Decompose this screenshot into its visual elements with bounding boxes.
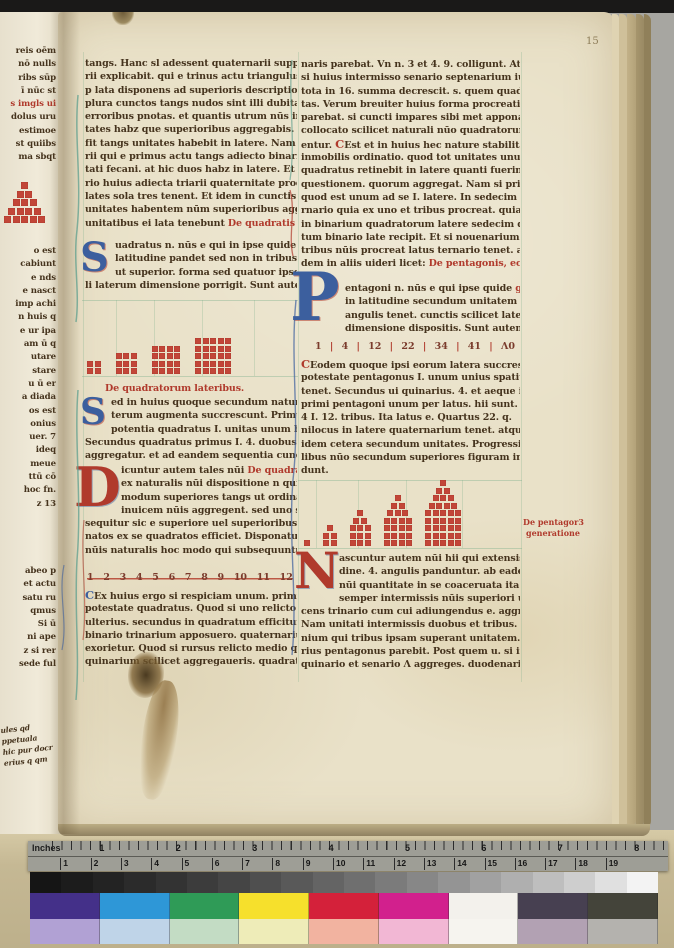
red-square-dot [433, 533, 439, 539]
red-square-dot [433, 510, 439, 516]
red-square-dot [448, 510, 454, 516]
red-square-dot [203, 346, 209, 352]
red-square-dot [455, 540, 461, 546]
sequence-number: 41 [468, 341, 481, 355]
inch-number: 1 [99, 843, 104, 853]
manuscript-line: hoc fn. [0, 484, 56, 497]
manuscript-line: e nds [0, 272, 56, 285]
sequence-number: 8 [201, 572, 208, 586]
calibration-patch [627, 872, 658, 893]
cm-number: 11 [363, 858, 375, 870]
manuscript-line: ī nūc st [0, 85, 56, 98]
manuscript-line: nium qui tribus ipsam superant unitatem.… [301, 632, 520, 645]
red-square-dot [225, 353, 231, 359]
red-square-dot [218, 353, 224, 359]
red-square-dot [451, 503, 457, 509]
red-square-dot [30, 216, 37, 223]
manuscript-line: exorietur. Quod si rursus relicto medio … [85, 642, 297, 655]
manuscript-line: rius pentagonus parebit. Post quem u. si… [301, 645, 520, 658]
manuscript-line: li laterum dimensione porrigit. Sunt aut… [85, 279, 297, 292]
ruling-line [82, 300, 298, 301]
red-square-dot [203, 368, 209, 374]
manuscript-line: e ur ipa [0, 325, 56, 338]
calibration-patch [100, 893, 170, 919]
manuscript-line: onius [0, 418, 56, 431]
red-square-dot [357, 525, 363, 531]
red-square-dot [455, 533, 461, 539]
quadrate-numbers-paragraph: uadratus n. nūs e qui in ipse quide nume… [85, 239, 297, 292]
red-square-dot [210, 353, 216, 359]
red-square-dot [218, 338, 224, 344]
red-square-dot [455, 510, 461, 516]
red-square-dot [210, 361, 216, 367]
manuscript-line: ribs sūp [0, 72, 56, 85]
dot-diagram-4 [87, 361, 101, 375]
calibration-patch [375, 872, 406, 893]
inch-number: 2 [176, 843, 181, 853]
manuscript-line: st quiibs [0, 138, 56, 151]
manuscript-line: satu ru [0, 592, 56, 605]
sequence-number: 9 [218, 572, 225, 586]
manuscript-line: estimoe [0, 125, 56, 138]
red-square-dot [444, 503, 450, 509]
manuscript-line: idem cetera secundum unitates. Progressi… [301, 438, 520, 451]
manuscript-line: fit tangs unitates habebit in latere. Na… [85, 137, 297, 150]
cm-number: 5 [182, 858, 190, 870]
manuscript-line: terum augmenta succrescunt. Primus n. ui… [85, 409, 297, 422]
manuscript-line: rii explicabit. qui e trinus actu triang… [85, 70, 297, 83]
inch-number: 7 [558, 843, 563, 853]
calibration-patch [564, 872, 595, 893]
red-square-dot [436, 503, 442, 509]
manuscript-line: CEodem quoque ipsi eorum latera succresc… [301, 358, 520, 371]
manuscript-line: cabiunt [0, 258, 56, 271]
manuscript-line: Nam unitati intermissis duobus et tribus… [301, 618, 520, 631]
red-square-dot [433, 518, 439, 524]
manuscript-line: De quadratorum lateribus. [105, 382, 295, 395]
red-square-dot [25, 191, 32, 198]
calibration-patch [379, 893, 449, 919]
sequence-number: 22 [401, 341, 414, 355]
red-square-dot [384, 525, 390, 531]
sequence-number: 2 [103, 572, 110, 586]
red-square-dot [21, 199, 28, 206]
calibration-patch [379, 919, 449, 944]
sequence-number: 7 [185, 572, 192, 586]
red-square-dot [95, 361, 101, 367]
calibration-patch [309, 919, 379, 944]
manuscript-line: unitates habentem nūm superioribus aggre… [85, 203, 297, 216]
red-square-dot [399, 533, 405, 539]
manuscript-line: entur. CEst et in huius hec nature stabi… [301, 138, 520, 151]
red-square-dot [448, 540, 454, 546]
calibration-patch [588, 919, 658, 944]
square-number-diagrams [87, 332, 231, 374]
red-square-dot [440, 495, 446, 501]
red-square-dot [391, 518, 397, 524]
sequence-number: 4 [342, 341, 349, 355]
calibration-patch [156, 872, 187, 893]
red-square-dot [440, 540, 446, 546]
red-square-dot [13, 199, 20, 206]
book-bottom-edge [58, 824, 650, 836]
manuscript-line: et actu [0, 578, 56, 591]
grayscale-calibration-strip [30, 872, 658, 893]
red-square-dot [195, 353, 201, 359]
manuscript-line: natos ex se quadratos efficiet. Disponat… [85, 530, 297, 543]
red-square-dot [95, 368, 101, 374]
red-square-dot [327, 525, 333, 531]
manuscript-line: quinario et senario Λ aggreges. duodenar… [301, 658, 520, 671]
calibration-patch [501, 872, 532, 893]
sequence-number: 1 [315, 341, 322, 355]
red-square-dot [433, 525, 439, 531]
manuscript-line: meue [0, 458, 56, 471]
red-square-dot [218, 361, 224, 367]
cm-number: 17 [545, 858, 557, 870]
red-square-dot [210, 346, 216, 352]
margin-rubric-pentagon-1: De pentagor3 [523, 517, 584, 527]
red-square-dot [440, 480, 446, 486]
ruler: Inches 12345678 123456789101112131415161… [28, 841, 668, 871]
red-square-dot [123, 368, 129, 374]
sequence-number: Λ0 [501, 341, 515, 355]
red-square-dot [131, 361, 137, 367]
red-square-dot [425, 510, 431, 516]
number-separator: | [356, 341, 359, 355]
calibration-patch [438, 872, 469, 893]
cm-number: 3 [121, 858, 129, 870]
red-square-dot [25, 208, 32, 215]
red-square-dot [365, 525, 371, 531]
red-square-dot [159, 361, 165, 367]
red-square-dot [440, 525, 446, 531]
inch-number: 6 [481, 843, 486, 853]
number-separator: | [456, 341, 459, 355]
margin-rubric-pentagon-2: generatione [526, 528, 580, 538]
red-square-dot [225, 361, 231, 367]
red-square-dot [21, 216, 28, 223]
cm-number: 7 [242, 858, 250, 870]
calibration-patch [239, 919, 309, 944]
red-square-dot [38, 216, 45, 223]
ruling-line [298, 480, 522, 481]
red-square-dot [203, 361, 209, 367]
red-square-dot [167, 353, 173, 359]
manuscript-line: o est [0, 245, 56, 258]
red-square-dot [350, 533, 356, 539]
red-square-dot [218, 346, 224, 352]
calibration-patch [250, 872, 281, 893]
red-square-dot [444, 488, 450, 494]
red-square-dot [203, 338, 209, 344]
red-square-dot [425, 525, 431, 531]
red-square-dot [387, 510, 393, 516]
red-square-dot [13, 216, 20, 223]
sequence-number: 6 [169, 572, 176, 586]
red-square-dot [167, 361, 173, 367]
red-square-dot [395, 495, 401, 501]
red-square-dot [391, 540, 397, 546]
red-square-dot [152, 346, 158, 352]
sequence-number: 5 [152, 572, 159, 586]
red-square-dot [203, 353, 209, 359]
manuscript-line: e nasct [0, 285, 56, 298]
manuscript-line: a diada [0, 391, 56, 404]
manuscript-line: tangs. Hanc sl adessent quaternarii supp… [85, 57, 297, 70]
red-square-dot [455, 525, 461, 531]
calibration-patch [588, 893, 658, 919]
red-square-dot [218, 368, 224, 374]
calibration-patch [470, 872, 501, 893]
red-square-dot [174, 353, 180, 359]
red-square-dot [391, 525, 397, 531]
red-square-dot [425, 540, 431, 546]
manuscript-line: ni ape [0, 631, 56, 644]
red-square-dot [436, 488, 442, 494]
red-square-dot [30, 199, 37, 206]
calibration-patch [30, 919, 100, 944]
inch-number: 5 [405, 843, 410, 853]
manuscript-line: tota in 16. summa decrescit. s. quem qua… [301, 85, 520, 98]
red-square-dot [440, 533, 446, 539]
manuscript-line: uadratus n. nūs e qui in ipse quide nume… [85, 239, 297, 252]
inch-number: 4 [329, 843, 334, 853]
pentagonal-number-diagrams [304, 482, 461, 546]
cm-number: 6 [212, 858, 220, 870]
manuscript-line: in binarium quadratorum latere sedecim q… [301, 218, 520, 231]
manuscript-line: tribus nūis procreat latus ternario tene… [301, 244, 520, 257]
red-square-dot [361, 518, 367, 524]
red-square-dot [448, 525, 454, 531]
initial-S-quadratus: S [80, 238, 109, 278]
red-square-dot [399, 503, 405, 509]
cm-number: 16 [515, 858, 527, 870]
manuscript-photo: reis oēmnō nullsribs sūpī nūc sts imgls … [0, 0, 674, 948]
manuscript-line: z 13 [0, 498, 56, 511]
manuscript-line: Si ū [0, 618, 56, 631]
color-calibration-row-pastel [30, 919, 658, 944]
manuscript-line: qmus [0, 605, 56, 618]
calibration-patch [124, 872, 155, 893]
manuscript-line: ma sbqt [0, 151, 56, 164]
red-square-dot [402, 510, 408, 516]
manuscript-line: ut superior. forma sed quatuor ipse quib… [85, 266, 297, 279]
calibration-patch [187, 872, 218, 893]
red-square-dot [448, 518, 454, 524]
manuscript-line: binario trinarium apposuero. quaternariu… [85, 629, 297, 642]
cm-number: 12 [394, 858, 406, 870]
calibration-patch [239, 893, 309, 919]
red-square-dot [440, 518, 446, 524]
red-square-dot [21, 182, 28, 189]
manuscript-line: tati fecani. at hic duos habz in latere.… [85, 163, 297, 176]
red-square-dot [399, 525, 405, 531]
manuscript-line: unitatibus ei lata tenebunt De quadratis [85, 217, 297, 230]
red-square-dot [357, 540, 363, 546]
red-square-dot [429, 503, 435, 509]
red-square-dot [195, 368, 201, 374]
right-column-top-block: naris parebat. Vn n. 3 et 4. 9. colligun… [301, 58, 520, 271]
manuscript-line: dunt. [301, 464, 520, 477]
cm-number: 4 [151, 858, 159, 870]
red-square-dot [448, 495, 454, 501]
sequence-number: 10 [234, 572, 247, 586]
manuscript-line: ulterius. secundus in quadratum efficitu… [85, 616, 297, 629]
manuscript-line: quadratus retinebit in latere quanti fue… [301, 164, 520, 177]
manuscript-line: rii qui e primus actu tangs adiecto bina… [85, 150, 297, 163]
manuscript-line: stare [0, 365, 56, 378]
ruler-inch-ticks [52, 841, 664, 850]
manuscript-line: CEx huius ergo si respiciam unum. primum… [85, 589, 297, 602]
triangle-dot-diagram [4, 182, 45, 223]
red-square-dot [34, 208, 41, 215]
number-separator: | [390, 341, 393, 355]
manuscript-line: si huius intermisso senario septenarium … [301, 71, 520, 84]
red-square-dot [365, 533, 371, 539]
red-square-dot [406, 518, 412, 524]
ruling-line [254, 300, 255, 376]
pentagon-sides-paragraph: CEodem quoque ipsi eorum latera succresc… [301, 358, 520, 478]
sequence-number: 11 [257, 572, 270, 586]
red-square-dot [174, 368, 180, 374]
red-square-dot [167, 368, 173, 374]
color-calibration-row-saturated [30, 893, 658, 919]
manuscript-line: potestate quadratus. Quod si uno relicto… [85, 602, 297, 615]
manuscript-line: ideq [0, 444, 56, 457]
red-square-dot [391, 503, 397, 509]
red-square-dot [357, 533, 363, 539]
manuscript-line: tenet. Secundus ui quinarius. 4. et aequ… [301, 385, 520, 398]
red-square-dot [391, 533, 397, 539]
calibration-patch [170, 893, 240, 919]
cm-number: 8 [272, 858, 280, 870]
calibration-patch [533, 872, 564, 893]
red-square-dot [210, 368, 216, 374]
red-square-dot [406, 525, 412, 531]
manuscript-line: z si rer [0, 645, 56, 658]
red-square-dot [174, 346, 180, 352]
red-square-dot [116, 353, 122, 359]
inch-number: 3 [252, 843, 257, 853]
red-square-dot [159, 353, 165, 359]
sequence-number: 1 [87, 572, 94, 586]
red-square-dot [17, 208, 24, 215]
dot-diagram-9 [116, 353, 137, 374]
inch-number: 8 [634, 843, 639, 853]
red-square-dot [159, 346, 165, 352]
manuscript-line: uer. 7 [0, 431, 56, 444]
number-separator: | [489, 341, 492, 355]
manuscript-line: parebat. si cuncti impares sibi met appo… [301, 111, 520, 124]
red-square-dot [131, 368, 137, 374]
manuscript-line: rnario quia ex uno et tribus procreat. q… [301, 204, 520, 217]
red-square-dot [225, 368, 231, 374]
manuscript-line: primi pentagoni unum per latus. hii sunt… [301, 398, 520, 411]
red-square-dot [8, 208, 15, 215]
red-square-dot [195, 361, 201, 367]
page-damage-spot [112, 12, 134, 25]
gutter-shadow [50, 12, 80, 834]
manuscript-line: p lata disponens ad superioris descripti… [85, 84, 297, 97]
red-square-dot [225, 338, 231, 344]
manuscript-line: collocato scilicet naturali nūo quadrato… [301, 124, 520, 137]
manuscript-line: cens trinario cum cui adiungendus e. agg… [301, 605, 520, 618]
red-square-dot [384, 518, 390, 524]
calibration-patch [281, 872, 312, 893]
red-square-dot [152, 368, 158, 374]
dot-diagram-15 [4, 182, 45, 223]
manuscript-line: potestate pentagonus I. unum unius spati… [301, 371, 520, 384]
manuscript-line: 4 I. 12. tribus. Ita latus e. Quartus 22… [301, 411, 520, 424]
manuscript-line: inmobilis ordinatio. quod tot unitates u… [301, 151, 520, 164]
manuscript-line: ed in huius quoque secundum naturalem nū… [85, 396, 297, 409]
red-square-dot [399, 540, 405, 546]
calibration-patch [407, 872, 438, 893]
page-stack-edge [636, 14, 644, 828]
red-square-dot [406, 533, 412, 539]
red-square-dot [455, 518, 461, 524]
dot-diagram-25 [195, 338, 231, 374]
sequence-number: 34 [435, 341, 448, 355]
red-square-dot [323, 533, 329, 539]
manuscript-line: lates sola tres tenent. Et idem in cunct… [85, 190, 297, 203]
manuscript-line: u ū er [0, 378, 56, 391]
calibration-patch [61, 872, 92, 893]
red-square-dot [365, 540, 371, 546]
rubric-de-quadratorum-lateribus: De quadratorum lateribus. [105, 382, 295, 395]
sequence-number: 12 [280, 572, 293, 586]
sequence-number: 12 [368, 341, 381, 355]
manuscript-line: Secundus quadratus primus I. 4. duobus p… [85, 436, 297, 449]
red-square-dot [167, 346, 173, 352]
calibration-patch [30, 872, 61, 893]
cm-number: 14 [454, 858, 466, 870]
ruling-line [462, 480, 463, 548]
calibration-patch [449, 919, 519, 944]
red-square-dot [116, 361, 122, 367]
pentagonal-number-row: 1|4|12|22|34|41|Λ0 [315, 341, 515, 355]
red-square-dot [433, 540, 439, 546]
manuscript-line: plura cunctos tangs nudos sint illi dubi… [85, 97, 297, 110]
ruling-line [521, 52, 522, 682]
red-square-dot [87, 361, 93, 367]
manuscript-line: tas. Verum breuiter huius forma procreat… [301, 98, 520, 111]
manuscript-line: nō nulls [0, 58, 56, 71]
cm-number: 19 [606, 858, 618, 870]
cm-number: 9 [303, 858, 311, 870]
manuscript-line: s imgls ui [0, 98, 56, 111]
red-square-dot [353, 518, 359, 524]
manuscript-line: ttū cō [0, 471, 56, 484]
calibration-patch [595, 872, 626, 893]
calibration-patch [100, 919, 170, 944]
red-square-dot [425, 518, 431, 524]
initial-P-pentagoni: P [290, 264, 340, 330]
manuscript-line: nūis naturalis hoc modo qui subsequuntur… [85, 544, 297, 557]
manuscript-line: n huis q [0, 311, 56, 324]
red-square-dot [131, 353, 137, 359]
red-square-dot [123, 361, 129, 367]
dot-diagram-12 [350, 510, 371, 546]
cm-number: 18 [575, 858, 587, 870]
calibration-patch [518, 919, 588, 944]
manuscript-page: 15 tangs. Hanc sl adessent quaternarii s… [58, 12, 614, 832]
red-square-dot [225, 346, 231, 352]
red-square-dot [159, 368, 165, 374]
sequence-number: 4 [136, 572, 143, 586]
manuscript-line: dolus uru [0, 111, 56, 124]
